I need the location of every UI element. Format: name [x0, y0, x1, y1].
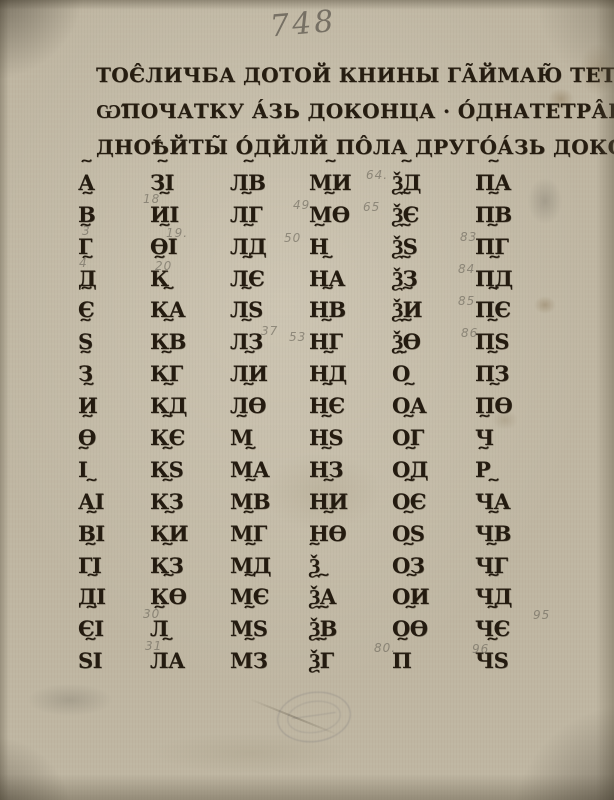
numeral-cell: МГ: [230, 517, 302, 549]
pencil-mark: 53: [289, 330, 306, 344]
numeral-column: АВГДЄЅЗИѲІАІВІГІДІЄІЅІ: [78, 166, 150, 676]
pencil-mark: 3: [82, 224, 91, 238]
numeral-cell: МА: [230, 453, 302, 485]
numeral-cell: МД: [230, 549, 302, 581]
numeral-cell: МЅ: [230, 612, 302, 644]
pencil-mark: 85: [458, 294, 475, 308]
numeral-cell: П: [392, 644, 464, 676]
pencil-mark: 80.: [374, 641, 396, 655]
manuscript-page: 748 ТОЄ̂ЛИЧБА ДОТОЙ КНИНЫ ГА̃ЙМАЮ̃ ТЕТРА…: [0, 0, 614, 800]
numeral-cell: ПГ: [475, 230, 547, 262]
numeral-cell: ОЗ: [392, 549, 464, 581]
pencil-mark: 86: [461, 326, 478, 340]
numeral-cell: ПЗ: [475, 357, 547, 389]
numeral-column: МИМѲННАНВНГНДНЄНЅНЗНИНѲѮѮАѮВѮГ: [309, 166, 381, 676]
numeral-cell: М: [230, 421, 302, 453]
pencil-mark: 95: [533, 608, 550, 622]
pencil-mark: 96: [472, 642, 489, 656]
heading-line-2: Ѡ̃ПОЧАТКУ А́ЗЬ ДОКОНЦА · О́ДНАТЕТРА̂ПО̂Л…: [96, 93, 536, 129]
handwritten-folio-number: 748: [269, 3, 352, 45]
numeral-cell: МЗ: [230, 644, 302, 676]
pencil-mark: 83: [460, 230, 477, 244]
numeral-cell: НИ: [309, 485, 381, 517]
numeral-cell: НЗ: [309, 453, 381, 485]
heading-block: ТОЄ̂ЛИЧБА ДОТОЙ КНИНЫ ГА̃ЙМАЮ̃ ТЕТРА̃БЫТ…: [96, 57, 536, 165]
pencil-mark: 49: [293, 198, 310, 212]
pencil-mark: 19.: [166, 226, 188, 240]
paper-stain: [28, 684, 112, 716]
pencil-mark: 65: [363, 200, 380, 214]
quire-number-table: АВГДЄЅЗИѲІАІВІГІДІЄІЅІЗІИІѲІККАКВКГКДКЄК…: [0, 166, 614, 678]
numeral-cell: КЗ: [150, 485, 222, 517]
pencil-mark: 30: [143, 607, 160, 621]
numeral-cell: МЄ: [230, 581, 302, 613]
pencil-mark: 50: [284, 231, 301, 245]
pencil-mark: 20: [155, 259, 172, 273]
pencil-mark: 31: [145, 639, 162, 653]
numeral-column: ѮДѮЄѮЅѮЗѮИѮѲООАОГОДОЄОЅОЗОИОѲП: [392, 166, 464, 676]
numeral-cell: ЅІ: [78, 644, 150, 676]
pencil-mark: 4: [79, 256, 88, 270]
numeral-cell: НГ: [309, 325, 381, 357]
numeral-column: ПАПВПГПДПЄПЅПЗПѲЧРЧАЧВЧГЧДЧЄЧЅ: [475, 166, 547, 676]
heading-line-1: ТОЄ̂ЛИЧБА ДОТОЙ КНИНЫ ГА̃ЙМАЮ̃ ТЕТРА̃БЫТ…: [96, 57, 536, 93]
library-stamp: [274, 687, 354, 747]
pencil-mark: 37: [261, 324, 278, 338]
numeral-cell: ѮГ: [309, 644, 381, 676]
pencil-mark: 84: [458, 262, 475, 276]
numeral-column: ЗІИІѲІККАКВКГКДКЄКЅКЗКИКЗКѲЛЛА: [150, 166, 222, 676]
pencil-mark: 18: [143, 192, 160, 206]
pencil-mark: 64.: [366, 168, 388, 182]
